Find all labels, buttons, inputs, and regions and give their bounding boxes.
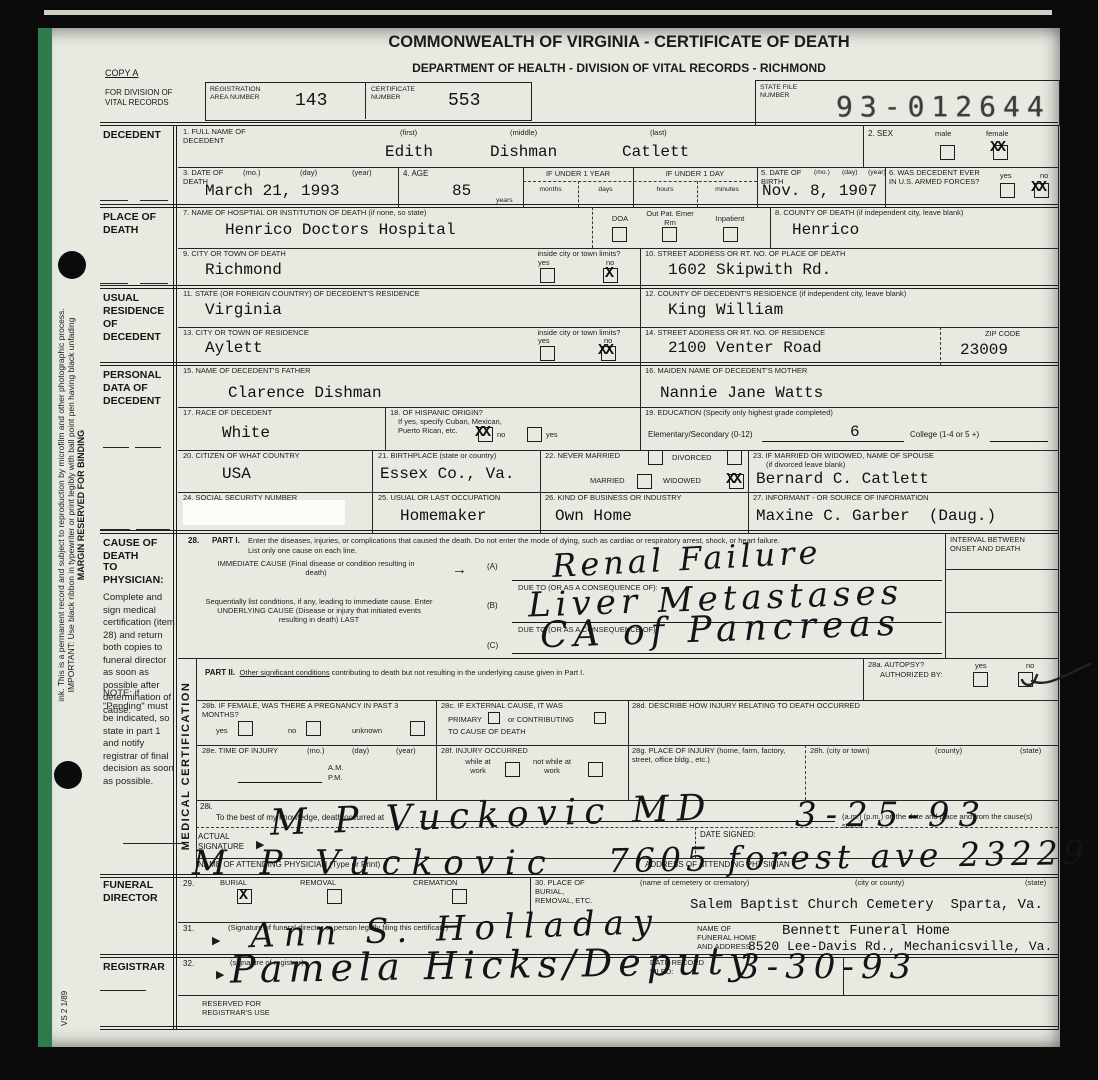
- industry-value: Own Home: [555, 508, 632, 524]
- row-line: [196, 745, 1058, 746]
- checkbox-divorced: [727, 450, 742, 465]
- field-13-label: 13. CITY OR TOWN OF RESIDENCE: [183, 329, 309, 338]
- side-label-registrar: REGISTRAR: [103, 961, 165, 974]
- checkbox-pregnancy-unknown: [410, 721, 425, 736]
- age-value: 85: [452, 183, 471, 199]
- hispanic-no-label: no: [497, 431, 505, 440]
- under-1-year-label: IF UNDER 1 YEAR: [523, 170, 633, 179]
- side-tick: [136, 529, 170, 530]
- field-2-label: 2. SEX: [868, 129, 893, 139]
- sex-female-mark: XX: [990, 140, 1004, 155]
- age-years-hint: years: [496, 197, 513, 205]
- field-8-label: 8. COUNTY OF DEATH (if independent city,…: [775, 209, 1045, 218]
- side-tick: [140, 283, 168, 284]
- checkbox-removal: [327, 889, 342, 904]
- interval-line: [945, 569, 1058, 570]
- side-label-personal-data: PERSONAL DATA OF DECEDENT: [103, 369, 175, 408]
- side-tick: [100, 990, 146, 991]
- education-college-label: College (1-4 or 5 +): [910, 430, 979, 440]
- armed-forces-no-mark: XX: [1031, 180, 1045, 195]
- col-line: [398, 167, 399, 207]
- certificate-number-value: 553: [448, 92, 480, 110]
- part-2-text-block: PART II. Other significant conditions co…: [205, 662, 850, 680]
- page-subtitle: DEPARTMENT OF HEALTH - DIVISION OF VITAL…: [180, 61, 1058, 75]
- line-b-label: (B): [487, 601, 498, 611]
- field-1-middle-hint: (middle): [510, 129, 537, 138]
- sequential-label: Sequentially list conditions, if any, le…: [205, 598, 433, 625]
- cemetery-hint: (name of cemetery or crematory): [640, 879, 749, 888]
- side-tick: [100, 200, 128, 201]
- injury-day-hint: (day): [352, 747, 369, 756]
- part-1-title: PART I.: [212, 536, 240, 546]
- date-signed-handwriting: 3-25-93: [795, 798, 989, 832]
- decedent-middle-name: Dishman: [490, 144, 557, 160]
- col-line: [863, 658, 864, 700]
- field-1-label: 1. FULL NAME OF DECEDENT: [183, 128, 275, 146]
- part-2-underlined: Other significant conditions: [240, 668, 330, 677]
- state-file-label: STATE FILE NUMBER: [760, 84, 812, 100]
- under-1-day-label: IF UNDER 1 DAY: [633, 170, 757, 179]
- state-file-number-stamp: 93-012644: [836, 90, 1051, 123]
- removal-label: REMOVAL: [300, 879, 336, 888]
- burial-city-hint: (city or county): [855, 879, 904, 888]
- field-28a-label: 28a. AUTOPSY?: [868, 661, 924, 670]
- interval-line: [945, 612, 1058, 613]
- copy-sublabel: FOR DIVISION OF VITAL RECORDS: [105, 88, 190, 107]
- autopsy-yes-label: yes: [975, 662, 987, 671]
- field-21-label: 21. BIRTHPLACE (state or country): [378, 452, 496, 461]
- field-28i-label: 28i.: [200, 802, 213, 812]
- checkbox-contributing: [594, 712, 606, 724]
- education-college-line: [990, 427, 1048, 442]
- education-elementary-line: [762, 427, 904, 442]
- part-2-title: PART II.: [205, 668, 235, 677]
- informant-value: Maxine C. Garber (Daug.): [756, 508, 996, 524]
- pen-stroke: [1010, 652, 1092, 698]
- form-code: VS 2 1/89: [60, 956, 72, 1026]
- field-28d-label: 28d. DESCRIBE HOW INJURY RELATING TO DEA…: [632, 702, 1052, 711]
- field-27-label: 27. INFORMANT - OR SOURCE OF INFORMATION: [753, 494, 929, 503]
- registrar-signature-arrow-icon: ▶: [216, 968, 224, 981]
- months-hint: months: [523, 186, 578, 194]
- checkbox-sex-male: [940, 145, 955, 160]
- pregnancy-yes-label: yes: [216, 727, 228, 736]
- certificate-number-label: CERTIFICATE NUMBER: [371, 86, 426, 102]
- hispanic-yes-label: yes: [546, 431, 558, 440]
- father-name-value: Clarence Dishman: [228, 385, 382, 401]
- checkbox-limits-death-yes: [540, 268, 555, 283]
- col-line: [540, 450, 541, 533]
- side-label-cause-of-death: CAUSE OF DEATH: [103, 537, 175, 563]
- county-of-death-value: Henrico: [792, 222, 859, 238]
- education-value: 6: [850, 424, 860, 440]
- field-10-label: 10. STREET ADDRESS OR RT. NO. OF PLACE O…: [645, 250, 845, 259]
- residence-county-value: King William: [668, 302, 783, 318]
- mother-name-value: Nannie Jane Watts: [660, 385, 823, 401]
- checkbox-armed-forces-yes: [1000, 183, 1015, 198]
- col-line: [385, 407, 386, 450]
- field-7-label: 7. NAME OF HOSPTIAL OR INSTITUTION OF DE…: [183, 209, 583, 218]
- field-9-label: 9. CITY OR TOWN OF DEATH: [183, 250, 286, 259]
- injury-state-hint: (state): [1020, 747, 1041, 756]
- physician-address-handwriting: 7605 forest ave 23229: [608, 836, 1089, 877]
- part-2-rest: contributing to death but not resulting …: [330, 668, 585, 677]
- col-line: [436, 700, 437, 800]
- residence-street-value: 2100 Venter Road: [668, 340, 822, 356]
- immediate-cause-label: IMMEDIATE CAUSE (Final disease or condit…: [207, 560, 425, 578]
- margin-note-line1: IMPORTANT: Use black ribbon in typewrite…: [66, 165, 76, 845]
- inpatient-label: Inpatient: [704, 215, 756, 224]
- birthplace-value: Essex Co., Va.: [380, 466, 514, 482]
- side-note-pending: NOTE: if "Pending" must be indicated, so…: [103, 688, 177, 788]
- pm-label: P.M.: [328, 774, 342, 783]
- checkbox-never-married: [648, 450, 663, 465]
- field-17-label: 17. RACE OF DECEDENT: [183, 409, 272, 418]
- dashed-line: [592, 207, 593, 248]
- field-19-label: 19. EDUCATION (Specify only highest grad…: [645, 409, 833, 418]
- col-line: [863, 125, 864, 167]
- side-label-funeral-director: FUNERAL DIRECTOR: [103, 879, 165, 905]
- limits-death-no-mark: X: [605, 266, 612, 281]
- field-6-label: 6. WAS DECEDENT EVER IN U.S. ARMED FORCE…: [889, 169, 981, 187]
- col-line: [372, 450, 373, 533]
- outpat-label: Out Pat. Emer Rm: [646, 210, 694, 228]
- field-4-label: 4. AGE: [403, 169, 428, 179]
- checkbox-autopsy-yes: [973, 672, 988, 687]
- date-of-birth-value: Nov. 8, 1907: [762, 183, 877, 199]
- interval-label: INTERVAL BETWEEN ONSET AND DEATH: [950, 536, 1050, 554]
- widowed-mark: XX: [726, 472, 740, 487]
- checkbox-hispanic-yes: [527, 427, 542, 442]
- field-28g-label: 28g. PLACE OF INJURY (home, farm, factor…: [632, 747, 797, 765]
- checkbox-primary: [488, 712, 500, 724]
- copy-label: COPY A: [105, 68, 138, 79]
- paper-top-edge: [44, 10, 1052, 15]
- hospital-value: Henrico Doctors Hospital: [225, 222, 455, 238]
- side-tick: [100, 283, 128, 284]
- married-label: MARRIED: [590, 477, 625, 486]
- reserved-registrar-label: RESERVED FOR REGISTRAR'S USE: [202, 1000, 292, 1018]
- divider: [100, 1026, 1058, 1030]
- col-line: [757, 167, 758, 207]
- field-30-label: 30. PLACE OF BURIAL, REMOVAL, ETC.: [535, 879, 603, 906]
- ssn-whiteout: [183, 500, 345, 525]
- row-line: [178, 658, 1058, 659]
- citizen-value: USA: [222, 466, 251, 482]
- dashed-line: [940, 327, 941, 365]
- contributing-label: or CONTRIBUTING: [508, 716, 574, 725]
- field-29-number: 29.: [183, 879, 194, 889]
- zip-code-label: ZIP CODE: [985, 330, 1020, 339]
- injury-mo-hint: (mo.): [307, 747, 325, 756]
- margin-note-line2: ink. This is a permanent record and subj…: [56, 165, 66, 845]
- field-11-label: 11. STATE (OR FOREIGN COUNTRY) OF DECEDE…: [183, 290, 420, 299]
- field-28c-label: 28c. IF EXTERNAL CAUSE, IT WAS: [441, 702, 563, 711]
- dashed-line: [805, 745, 806, 800]
- burial-mark: X: [239, 888, 246, 903]
- education-elementary-label: Elementary/Secondary (0-12): [648, 430, 753, 440]
- not-at-work-label: not while at work: [530, 758, 574, 776]
- field-14-label: 14. STREET ADDRESS OR RT. NO. OF RESIDEN…: [645, 329, 825, 338]
- date-filed-handwriting: 3-30-93: [738, 950, 918, 984]
- at-work-label: while at work: [460, 758, 496, 776]
- side-tick: [135, 447, 161, 448]
- physician-name-handwriting: M P Vuckovic: [192, 846, 557, 880]
- field-1-first-hint: (first): [400, 129, 417, 138]
- checkbox-married: [637, 474, 652, 489]
- field-31-number: 31.: [183, 924, 194, 934]
- am-label: A.M.: [328, 764, 343, 773]
- burial-place-value: Salem Baptist Church Cemetery Sparta, Va…: [690, 898, 1043, 912]
- date-of-death-value: March 21, 1993: [205, 183, 339, 199]
- injury-year-hint: (year): [396, 747, 416, 756]
- field-20-label: 20. CITIZEN OF WHAT COUNTRY: [183, 452, 300, 461]
- hispanic-no-mark: XX: [475, 425, 489, 440]
- field-28b-label: 28b. IF FEMALE, WAS THERE A PREGNANCY IN…: [202, 702, 417, 720]
- margin-binding-text: ink. This is a permanent record and subj…: [56, 165, 100, 845]
- residence-state-value: Virginia: [205, 302, 282, 318]
- zip-code-value: 23009: [960, 342, 1008, 358]
- authorized-by-label: AUTHORIZED BY:: [880, 671, 943, 680]
- field-28h-label: 28h. (city or town): [810, 747, 870, 756]
- line-a-label: (A): [487, 562, 498, 572]
- col-line: [748, 450, 749, 533]
- field-3-year-hint: (year): [352, 169, 372, 178]
- funeral-signature-arrow-icon: ▶: [212, 934, 220, 947]
- sex-male-label: male: [935, 130, 951, 139]
- armed-forces-yes-label: yes: [1000, 172, 1012, 181]
- col-line: [640, 365, 641, 450]
- registration-area-value: 143: [295, 92, 327, 110]
- funeral-home-name-value: Bennett Funeral Home: [782, 924, 950, 938]
- checkbox-limits-res-yes: [540, 346, 555, 361]
- residence-city-value: Aylett: [205, 340, 263, 356]
- burial-state-hint: (state): [1025, 879, 1046, 888]
- field-3-day-hint: (day): [300, 169, 317, 178]
- field-28-number: 28.: [188, 536, 199, 546]
- margin-binding-label: MARGIN RESERVED FOR BINDING: [76, 165, 87, 845]
- injury-county-hint: (county): [935, 747, 962, 756]
- checkbox-doa: [612, 227, 627, 242]
- part-1-text2: List only one cause on each line.: [248, 547, 357, 556]
- form-right-edge: [1058, 125, 1059, 1030]
- field-5-day-hint: (day): [842, 169, 858, 177]
- divider: [100, 122, 1058, 126]
- binding-stripe: [38, 28, 52, 1047]
- field-28f-label: 28f. INJURY OCCURRED: [441, 747, 528, 756]
- field-12-label: 12. COUNTY OF DECEDENT'S RESIDENCE (if i…: [645, 290, 1035, 299]
- dashed-line: [523, 181, 757, 182]
- checkbox-cremation: [452, 889, 467, 904]
- widowed-label: WIDOWED: [663, 477, 701, 486]
- checkbox-at-work: [505, 762, 520, 777]
- days-hint: days: [578, 186, 633, 194]
- decedent-last-name: Catlett: [622, 144, 689, 160]
- row-line: [178, 407, 1058, 408]
- primary-label: PRIMARY: [448, 716, 482, 725]
- doa-label: DOA: [600, 215, 640, 224]
- race-value: White: [222, 425, 270, 441]
- col-line: [770, 207, 771, 248]
- field-3-mo-hint: (mo.): [243, 169, 261, 178]
- field-25-label: 25. USUAL OR LAST OCCUPATION: [378, 494, 500, 503]
- checkbox-not-at-work: [588, 762, 603, 777]
- checkbox-pregnancy-yes: [238, 721, 253, 736]
- divorced-label: DIVORCED: [672, 454, 712, 463]
- to-cause-label: TO CAUSE OF DEATH: [448, 728, 526, 737]
- pregnancy-unknown-label: unknown: [352, 727, 382, 736]
- side-label-usual-residence: USUAL RESIDENCE OF DECEDENT: [103, 292, 175, 345]
- label-column-divider: [173, 125, 177, 1030]
- col-line: [628, 700, 629, 800]
- field-23-sub: (if divorced leave blank): [766, 461, 845, 470]
- field-5-year-hint: (year): [868, 169, 886, 177]
- side-label-place-of-death: PLACE OF DEATH: [103, 211, 165, 237]
- field-22-never-married-label: 22. NEVER MARRIED: [545, 452, 620, 461]
- registration-area-label: REGISTRATION AREA NUMBER: [210, 86, 272, 102]
- pregnancy-no-label: no: [288, 727, 296, 736]
- page-title: COMMONWEALTH OF VIRGINIA - CERTIFICATE O…: [180, 33, 1058, 52]
- field-32-number: 32.: [183, 959, 194, 969]
- field-1-last-hint: (last): [650, 129, 667, 138]
- checkbox-pregnancy-no: [306, 721, 321, 736]
- time-of-injury-line: [238, 770, 322, 783]
- checkbox-inpatient: [723, 227, 738, 242]
- line-c-label: (C): [487, 641, 498, 651]
- limits-death-yes-label: yes: [538, 259, 550, 268]
- side-tick: [123, 843, 185, 844]
- field-5-mo-hint: (mo.): [814, 169, 830, 177]
- field-28e-label: 28e. TIME OF INJURY: [202, 747, 278, 756]
- street-of-death-value: 1602 Skipwith Rd.: [668, 262, 831, 278]
- occupation-value: Homemaker: [400, 508, 486, 524]
- side-tick: [100, 529, 130, 530]
- registration-box-divider: [365, 82, 366, 119]
- divider: [100, 530, 1058, 534]
- side-label-decedent: DECEDENT: [103, 129, 161, 142]
- limits-res-yes-label: yes: [538, 337, 550, 346]
- cremation-label: CREMATION: [413, 879, 457, 888]
- side-tick: [140, 200, 168, 201]
- spouse-name-value: Bernard C. Catlett: [756, 471, 929, 487]
- hours-hint: hours: [633, 186, 697, 194]
- row-line: [178, 995, 1058, 996]
- decedent-first-name: Edith: [385, 144, 433, 160]
- checkbox-outpat-emer: [662, 227, 677, 242]
- date-filed-label: DATE RECORD FILED:: [650, 959, 712, 977]
- cause-arrow-icon: →: [452, 561, 467, 578]
- col-line: [945, 533, 946, 658]
- limits-res-no-mark: XX: [598, 343, 612, 358]
- side-label-to-physician: TO PHYSICIAN:: [103, 561, 165, 587]
- field-16-label: 16. MAIDEN NAME OF DECEDENT'S MOTHER: [645, 367, 807, 376]
- minutes-hint: minutes: [697, 186, 757, 194]
- sex-female-label: female: [986, 130, 1009, 139]
- field-15-label: 15. NAME OF DECEDENT'S FATHER: [183, 367, 311, 376]
- death-certificate-scan: ink. This is a permanent record and subj…: [0, 0, 1098, 1080]
- side-tick: [103, 447, 129, 448]
- col-line: [640, 248, 641, 365]
- city-of-death-value: Richmond: [205, 262, 282, 278]
- field-26-label: 26. KIND OF BUSINESS OR INDUSTRY: [545, 494, 682, 503]
